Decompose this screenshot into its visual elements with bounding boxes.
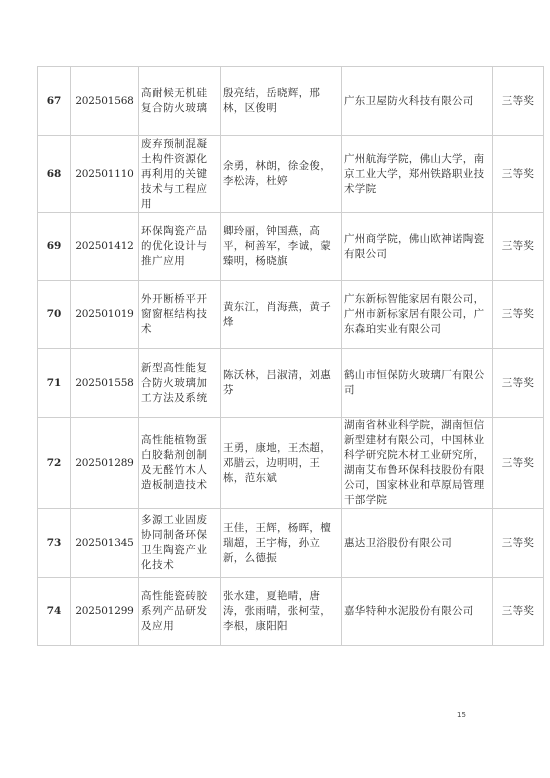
organizations-cell: 惠达卫浴股份有限公司 (342, 509, 493, 578)
project-id-cell: 202501568 (71, 67, 139, 136)
project-name-cell: 高性能植物蛋白胶黏剂创制及无醛竹木人造板制造技术 (139, 418, 221, 509)
row-number-cell: 74 (38, 578, 71, 646)
organizations-cell: 广东卫屋防火科技有限公司 (342, 67, 493, 136)
organizations-cell: 湖南省林业科学院，湖南恒信新型建材有限公司，中国林业科学研究院木材工业研究所，湖… (342, 418, 493, 509)
project-id-cell: 202501019 (71, 281, 139, 349)
project-name-cell: 多源工业固废协同制备环保卫生陶瓷产业化技术 (139, 509, 221, 578)
project-id-cell: 202501299 (71, 578, 139, 646)
table-row: 70202501019外开断桥平开窗窗框结构技术黄东江，肖海燕，黄子烽广东新标智… (38, 281, 544, 349)
table-row: 73202501345多源工业固废协同制备环保卫生陶瓷产业化技术王佳，王辉，杨晖… (38, 509, 544, 578)
row-number-cell: 69 (38, 213, 71, 281)
table-row: 74202501299高性能瓷砖胶系列产品研发及应用张水建，夏艳晴，唐涛，张雨晴… (38, 578, 544, 646)
table-row: 67202501568高耐候无机硅复合防火玻璃殷亮结，岳晓辉，邢林，区俊明广东卫… (38, 67, 544, 136)
project-name-cell: 环保陶瓷产品的优化设计与推广应用 (139, 213, 221, 281)
award-level-cell: 三等奖 (493, 349, 544, 418)
project-name-cell: 高性能瓷砖胶系列产品研发及应用 (139, 578, 221, 646)
award-level-cell: 三等奖 (493, 136, 544, 213)
award-level-cell: 三等奖 (493, 281, 544, 349)
contributors-cell: 殷亮结，岳晓辉，邢林，区俊明 (221, 67, 342, 136)
project-id-cell: 202501110 (71, 136, 139, 213)
table-row: 71202501558新型高性能复合防火玻璃加工方法及系统陈沃林，吕淑清，刘惠芬… (38, 349, 544, 418)
page-number: 15 (457, 711, 466, 719)
organizations-cell: 广州航海学院，佛山大学，南京工业大学，郑州铁路职业技术学院 (342, 136, 493, 213)
project-id-cell: 202501412 (71, 213, 139, 281)
organizations-cell: 鹤山市恒保防火玻璃厂有限公司 (342, 349, 493, 418)
contributors-cell: 黄东江，肖海燕，黄子烽 (221, 281, 342, 349)
row-number-cell: 71 (38, 349, 71, 418)
contributors-cell: 王勇，康地，王杰超，邓腊云，边明明，王栋，范东斌 (221, 418, 342, 509)
organizations-cell: 嘉华特种水泥股份有限公司 (342, 578, 493, 646)
contributors-cell: 张水建，夏艳晴，唐涛，张雨晴，张柯莹，李根，康阳阳 (221, 578, 342, 646)
row-number-cell: 67 (38, 67, 71, 136)
award-level-cell: 三等奖 (493, 213, 544, 281)
project-id-cell: 202501558 (71, 349, 139, 418)
award-level-cell: 三等奖 (493, 509, 544, 578)
award-table: 67202501568高耐候无机硅复合防火玻璃殷亮结，岳晓辉，邢林，区俊明广东卫… (37, 66, 544, 646)
organizations-cell: 广东新标智能家居有限公司，广州市新标家居有限公司，广东森珀实业有限公司 (342, 281, 493, 349)
table-row: 72202501289高性能植物蛋白胶黏剂创制及无醛竹木人造板制造技术王勇，康地… (38, 418, 544, 509)
project-name-cell: 废弃预制混凝土构件资源化再利用的关键技术与工程应用 (139, 136, 221, 213)
contributors-cell: 卿玲丽，钟国燕，高平，柯善军，李诚，蒙臻明，杨晓旗 (221, 213, 342, 281)
award-level-cell: 三等奖 (493, 418, 544, 509)
contributors-cell: 王佳，王辉，杨晖，檀瑞超，王宇梅，孙立新，么德振 (221, 509, 342, 578)
contributors-cell: 陈沃林，吕淑清，刘惠芬 (221, 349, 342, 418)
row-number-cell: 68 (38, 136, 71, 213)
contributors-cell: 余勇，林朗，徐金俊，李松涛，杜婷 (221, 136, 342, 213)
row-number-cell: 73 (38, 509, 71, 578)
table-row: 68202501110废弃预制混凝土构件资源化再利用的关键技术与工程应用余勇，林… (38, 136, 544, 213)
award-level-cell: 三等奖 (493, 578, 544, 646)
organizations-cell: 广州商学院，佛山欧神诺陶瓷有限公司 (342, 213, 493, 281)
table-row: 69202501412环保陶瓷产品的优化设计与推广应用卿玲丽，钟国燕，高平，柯善… (38, 213, 544, 281)
project-name-cell: 高耐候无机硅复合防火玻璃 (139, 67, 221, 136)
project-id-cell: 202501289 (71, 418, 139, 509)
row-number-cell: 70 (38, 281, 71, 349)
award-level-cell: 三等奖 (493, 67, 544, 136)
project-name-cell: 新型高性能复合防火玻璃加工方法及系统 (139, 349, 221, 418)
row-number-cell: 72 (38, 418, 71, 509)
project-name-cell: 外开断桥平开窗窗框结构技术 (139, 281, 221, 349)
project-id-cell: 202501345 (71, 509, 139, 578)
